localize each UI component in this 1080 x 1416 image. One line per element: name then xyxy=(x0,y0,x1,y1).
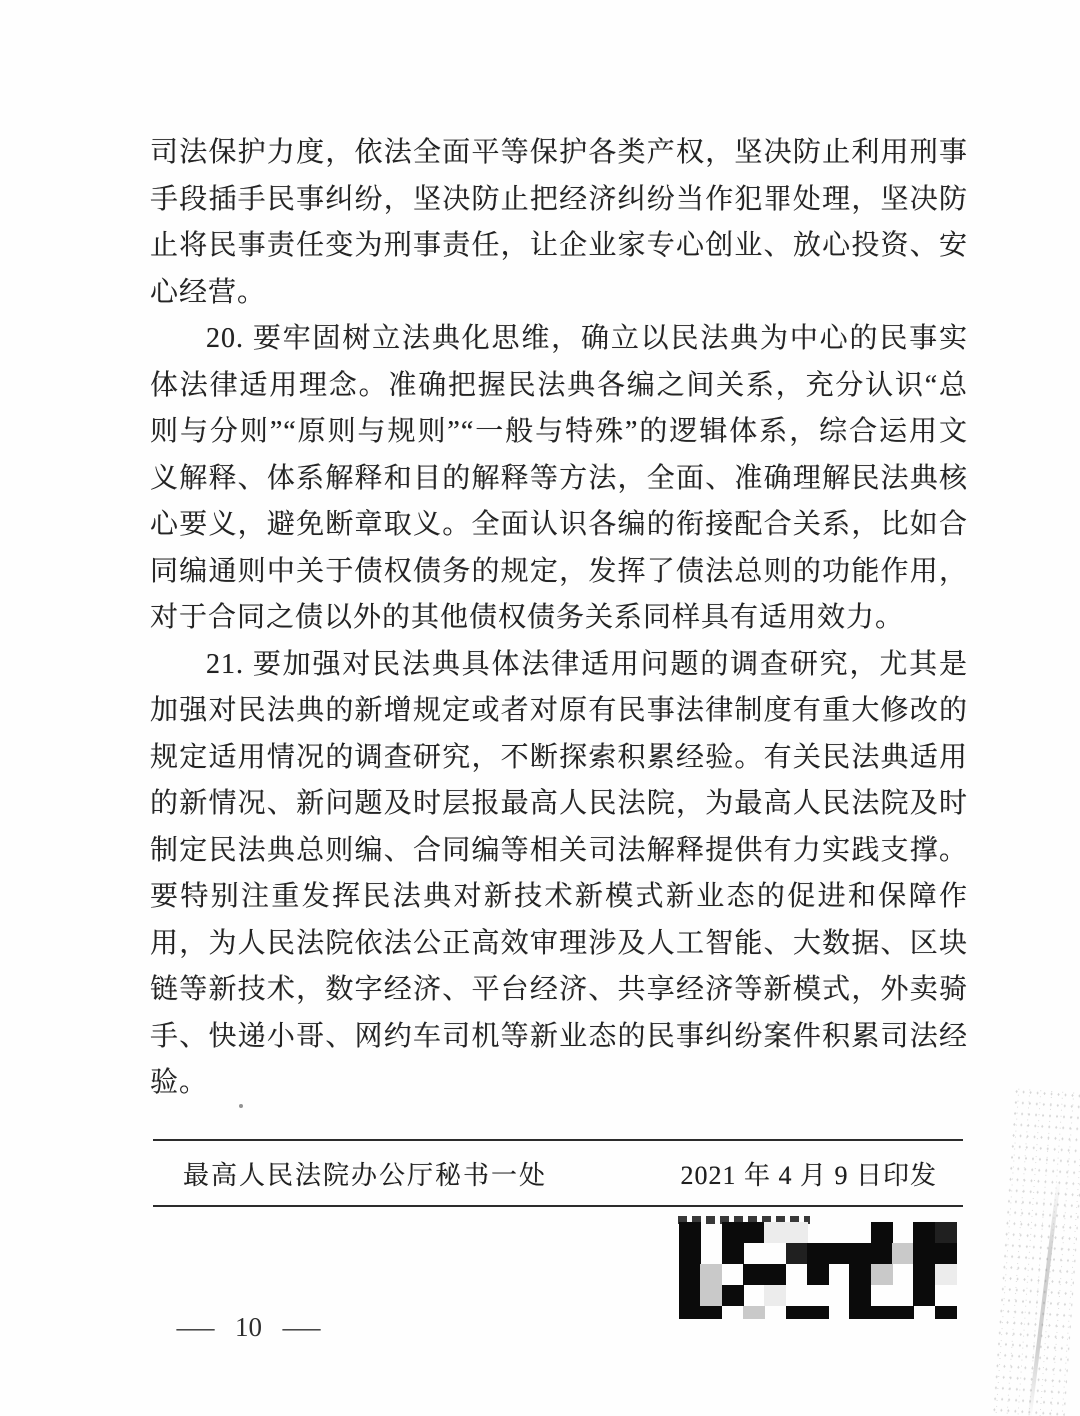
page-number-value: 10 xyxy=(235,1312,262,1343)
page-number: — 10 — xyxy=(182,1312,315,1343)
redaction-cell xyxy=(722,1222,744,1243)
redaction-cell xyxy=(913,1285,935,1306)
redaction-cell xyxy=(743,1306,765,1319)
redaction-cell xyxy=(849,1264,871,1285)
redaction-cell xyxy=(935,1222,957,1243)
redaction-cell xyxy=(722,1285,744,1306)
issuer-office: 最高人民法院办公厅秘书一处 xyxy=(153,1155,547,1192)
redaction-cell xyxy=(786,1306,808,1319)
paragraph-item-21: 21. 要加强对民法典具体法律适用问题的调查研究，尤其是加强对民法典的新增规定或… xyxy=(150,642,968,1107)
redaction-cell xyxy=(679,1306,701,1319)
redaction-cell xyxy=(764,1285,786,1306)
redaction-cell xyxy=(849,1243,871,1264)
print-date: 2021 年 4 月 9 日印发 xyxy=(680,1155,963,1192)
scan-speck-artifact xyxy=(239,1104,243,1108)
redaction-cell xyxy=(743,1264,765,1285)
redaction-cell xyxy=(849,1285,871,1306)
document-page: 司法保护力度，依法全面平等保护各类产权，坚决防止利用刑事手段插手民事纠纷，坚决防… xyxy=(0,0,1080,1416)
redaction-cell xyxy=(679,1264,701,1285)
redaction-cell xyxy=(913,1243,935,1264)
page-number-dash-left: — xyxy=(177,1312,215,1343)
redaction-mosaic xyxy=(679,1222,956,1319)
redaction-cell xyxy=(871,1243,893,1264)
document-body: 司法保护力度，依法全面平等保护各类产权，坚决防止利用刑事手段插手民事纠纷，坚决防… xyxy=(150,130,968,1107)
redaction-cell xyxy=(871,1222,893,1243)
redaction-cell xyxy=(679,1222,701,1243)
redaction-cell xyxy=(679,1285,701,1306)
redaction-cell xyxy=(700,1264,722,1285)
redaction-cell xyxy=(807,1306,829,1319)
redaction-cell xyxy=(913,1222,935,1243)
redaction-cell xyxy=(871,1264,893,1285)
redaction-cell xyxy=(764,1222,786,1243)
redaction-cell xyxy=(764,1264,786,1285)
colophon-bar: 最高人民法院办公厅秘书一处 2021 年 4 月 9 日印发 xyxy=(153,1139,963,1207)
page-number-dash-right: — xyxy=(283,1312,321,1343)
redaction-cell xyxy=(828,1243,850,1264)
redaction-cell xyxy=(807,1264,829,1285)
redaction-cell xyxy=(786,1222,808,1243)
redaction-cell xyxy=(935,1243,957,1264)
redaction-cell xyxy=(679,1243,701,1264)
redaction-cell xyxy=(722,1243,744,1264)
redaction-cell xyxy=(700,1285,722,1306)
redaction-cell xyxy=(935,1264,957,1285)
redaction-cell xyxy=(892,1306,914,1319)
redaction-cell xyxy=(849,1306,871,1319)
paragraph-continuation: 司法保护力度，依法全面平等保护各类产权，坚决防止利用刑事手段插手民事纠纷，坚决防… xyxy=(150,130,968,316)
redaction-cell xyxy=(700,1306,722,1319)
paragraph-item-20: 20. 要牢固树立法典化思维，确立以民法典为中心的民事实体法律适用理念。准确把握… xyxy=(150,316,968,642)
redaction-cell xyxy=(913,1264,935,1285)
redaction-cell xyxy=(935,1306,957,1319)
redaction-cell xyxy=(871,1306,893,1319)
redaction-cell xyxy=(807,1243,829,1264)
redaction-cell xyxy=(743,1222,765,1243)
redaction-cell xyxy=(892,1243,914,1264)
redaction-cell xyxy=(786,1243,808,1264)
